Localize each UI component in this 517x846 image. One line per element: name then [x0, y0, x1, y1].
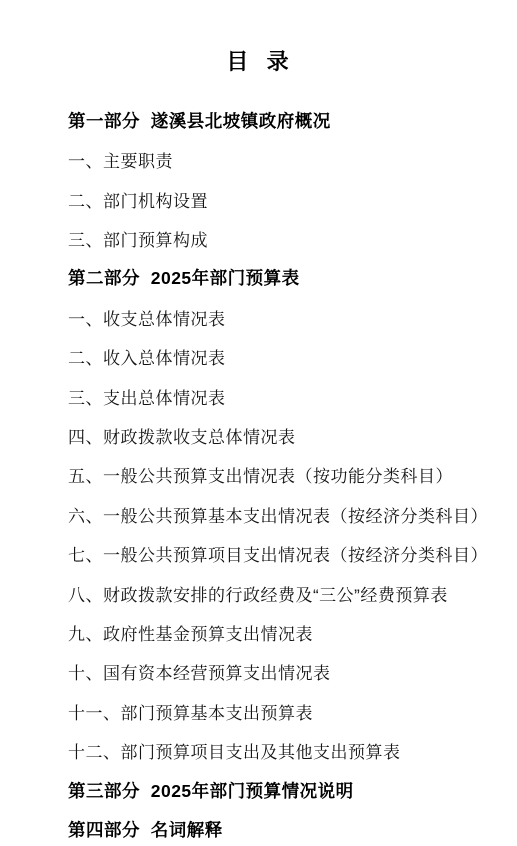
toc-entry: 一、主要职责	[68, 140, 497, 179]
toc-entry: 五、一般公共预算支出情况表（按功能分类科目）	[68, 455, 497, 494]
toc-entry: 八、财政拨款安排的行政经费及“三公”经费预算表	[68, 573, 497, 612]
toc-entry: 二、部门机构设置	[68, 180, 497, 219]
toc-entry-part-3: 第三部分 2025年部门预算情况说明	[68, 770, 497, 809]
toc-entry: 四、财政拨款收支总体情况表	[68, 416, 497, 455]
toc-entry: 十、国有资本经营预算支出情况表	[68, 652, 497, 691]
toc-entry-part-1: 第一部分 遂溪县北坡镇政府概况	[68, 101, 497, 140]
toc-entry: 二、收入总体情况表	[68, 337, 497, 376]
toc-entry: 三、支出总体情况表	[68, 376, 497, 415]
toc-entry: 七、一般公共预算项目支出情况表（按经济分类科目）	[68, 534, 497, 573]
toc-entry: 九、政府性基金预算支出情况表	[68, 613, 497, 652]
toc-entry: 六、一般公共预算基本支出情况表（按经济分类科目）	[68, 495, 497, 534]
toc-entry-part-2: 第二部分 2025年部门预算表	[68, 258, 497, 297]
toc-entry-part-4: 第四部分 名词解释	[68, 810, 497, 846]
toc-entry: 十二、部门预算项目支出及其他支出预算表	[68, 731, 497, 770]
toc-entry: 三、部门预算构成	[68, 219, 497, 258]
document-page: 目 录 第一部分 遂溪县北坡镇政府概况 一、主要职责 二、部门机构设置 三、部门…	[0, 0, 517, 846]
toc-entry: 一、收支总体情况表	[68, 298, 497, 337]
toc-entry: 十一、部门预算基本支出预算表	[68, 692, 497, 731]
toc-list: 第一部分 遂溪县北坡镇政府概况 一、主要职责 二、部门机构设置 三、部门预算构成…	[0, 101, 517, 846]
page-title: 目 录	[0, 15, 517, 77]
